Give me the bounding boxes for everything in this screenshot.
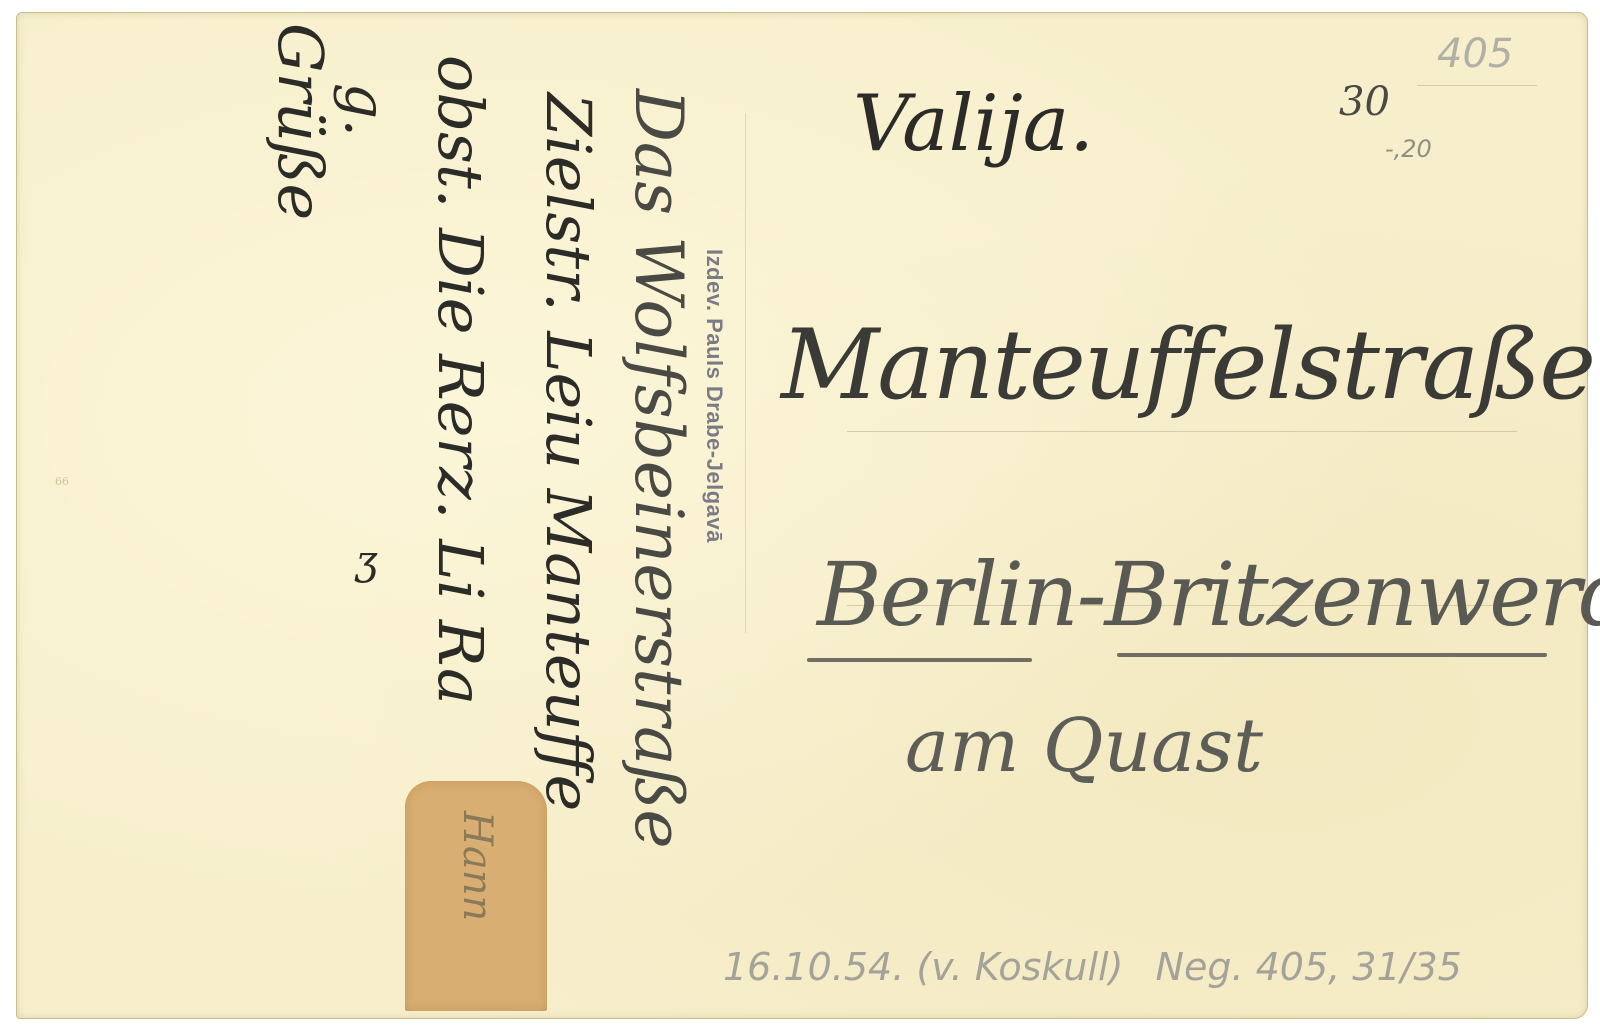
archive-source: (v. Koskull)	[916, 945, 1123, 989]
price-sub-note: -,20	[1385, 135, 1432, 163]
address-district: am Quast	[905, 703, 1263, 789]
message-line-1: Das Wolfsbeinerstraße	[620, 89, 697, 849]
message-line-2: Zielstr. Leiu Manteuffe	[532, 93, 605, 811]
catalog-number: 405	[1437, 31, 1513, 77]
address-street: Manteuffelstraße	[781, 309, 1594, 421]
message-mark: ʒ	[355, 538, 378, 584]
corner-guide-line	[1417, 85, 1537, 86]
message-line-4: g.	[332, 83, 397, 137]
postcard-back: 405 30 -,20 Valija. Manteuffelstraße Ber…	[16, 12, 1588, 1019]
recipient-name: Valija.	[853, 79, 1094, 169]
underline-berlin	[807, 658, 1032, 662]
archive-date: 16.10.54.	[723, 945, 904, 989]
tape-note: Hann	[454, 811, 500, 921]
archive-negative: Neg. 405, 31/35	[1156, 945, 1462, 989]
address-guide-line	[847, 431, 1517, 432]
divider-line	[745, 113, 746, 633]
paper-tape: Hann	[405, 781, 547, 1011]
underline-district	[1117, 653, 1547, 657]
publisher-stamp: Izdev. Pauls Drabe-Jelgavā	[701, 249, 727, 543]
embossed-mark: 66	[55, 475, 69, 489]
address-city: Berlin-Britzenwerder	[817, 543, 1600, 646]
message-line-3: obst. Die Rerz. Li Ra	[424, 55, 497, 705]
archive-note: 16.10.54. (v. Koskull) Neg. 405, 31/35	[723, 945, 1462, 989]
message-line-5: Grüße	[264, 23, 337, 220]
price-note: 30	[1339, 79, 1390, 125]
